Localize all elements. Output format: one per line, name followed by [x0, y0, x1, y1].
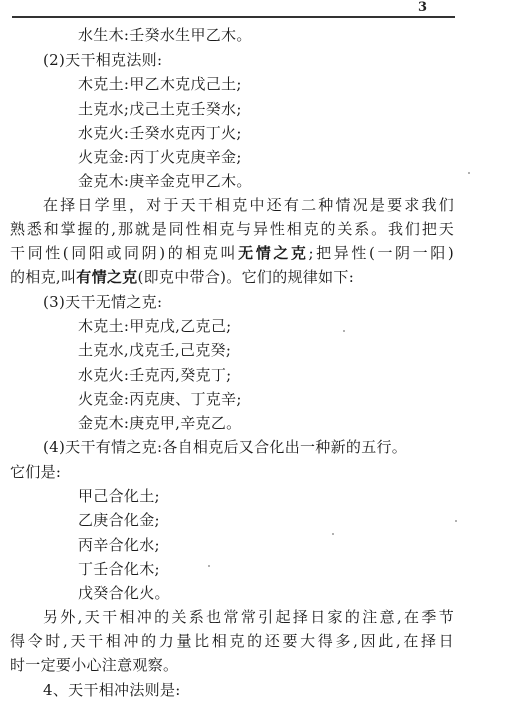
text-line: 戊癸合化火。: [78, 584, 170, 602]
text-line: 它们是:: [10, 463, 61, 481]
scan-speck: [208, 565, 210, 567]
bold-term: 有情之克: [76, 268, 137, 286]
text-span: 的相克,叫: [10, 268, 76, 286]
paragraph-line: 在择日学里，对于天干相克中还有二种情况是要求我们: [43, 196, 454, 214]
scan-speck: [343, 330, 345, 332]
text-line: 乙庚合化金;: [78, 511, 160, 529]
text-line: 土克水;戊己土克壬癸水;: [78, 100, 242, 118]
section-heading-4: (4)天干有情之克:各自相克后又合化出一种新的五行。: [43, 438, 407, 456]
text-line: 火克金:丙克庚、丁克辛;: [78, 390, 242, 408]
scan-speck: [468, 172, 470, 174]
paragraph-line: 熟悉和掌握的,那就是同性相克与异性相克的关系。我们把天: [10, 220, 454, 238]
section-heading-3: (3)天干无情之克:: [43, 293, 162, 311]
text-span: 干同性(同阳或同阴)的相克叫: [10, 244, 238, 262]
text-span: (即克中带合)。它们的规律如下:: [137, 268, 354, 286]
text-line: 丙辛合化水;: [78, 536, 160, 554]
text-line: 水克火:壬克丙,癸克丁;: [78, 366, 231, 384]
paragraph-line: 干同性(同阳或同阴)的相克叫无情之克;把异性(一阴一阳): [10, 244, 454, 262]
text-line: 丁壬合化木;: [78, 560, 160, 578]
scan-speck: [455, 520, 457, 522]
text-span: ;把异性(一阴一阳): [309, 244, 454, 262]
paragraph-line: 时一定要小心注意观察。: [10, 656, 178, 674]
text-line: 金克木:庚克甲,辛克乙。: [78, 414, 241, 432]
text-line: 木克土:甲乙木克戊己土;: [78, 75, 242, 93]
paragraph-line: 得令时,天干相冲的力量比相克的还要大得多,因此,在择日: [10, 632, 454, 650]
text-line: 火克金:丙丁火克庚辛金;: [78, 148, 242, 166]
text-line: 土克水,戊克壬,己克癸;: [78, 341, 231, 359]
text-line: 水生木:壬癸水生甲乙木。: [78, 26, 252, 44]
text-line: 甲己合化土;: [78, 487, 160, 505]
section-heading-4-chong: 4、天干相冲法则是:: [43, 681, 181, 699]
text-line: 木克土:甲克戊,乙克己;: [78, 317, 231, 335]
page-number: 3: [418, 0, 427, 15]
bold-term: 无情之克: [238, 244, 308, 262]
paragraph-line: 另外,天干相冲的关系也常常引起择日家的注意,在季节: [43, 608, 454, 626]
header-rule: [12, 16, 455, 18]
paragraph-line: 的相克,叫有情之克(即克中带合)。它们的规律如下:: [10, 268, 354, 286]
text-line: 水克火:壬癸水克丙丁火;: [78, 124, 242, 142]
text-line: 金克木:庚辛金克甲乙木。: [78, 172, 252, 190]
scan-speck: [332, 533, 334, 535]
section-heading-2: (2)天干相克法则:: [43, 51, 162, 69]
